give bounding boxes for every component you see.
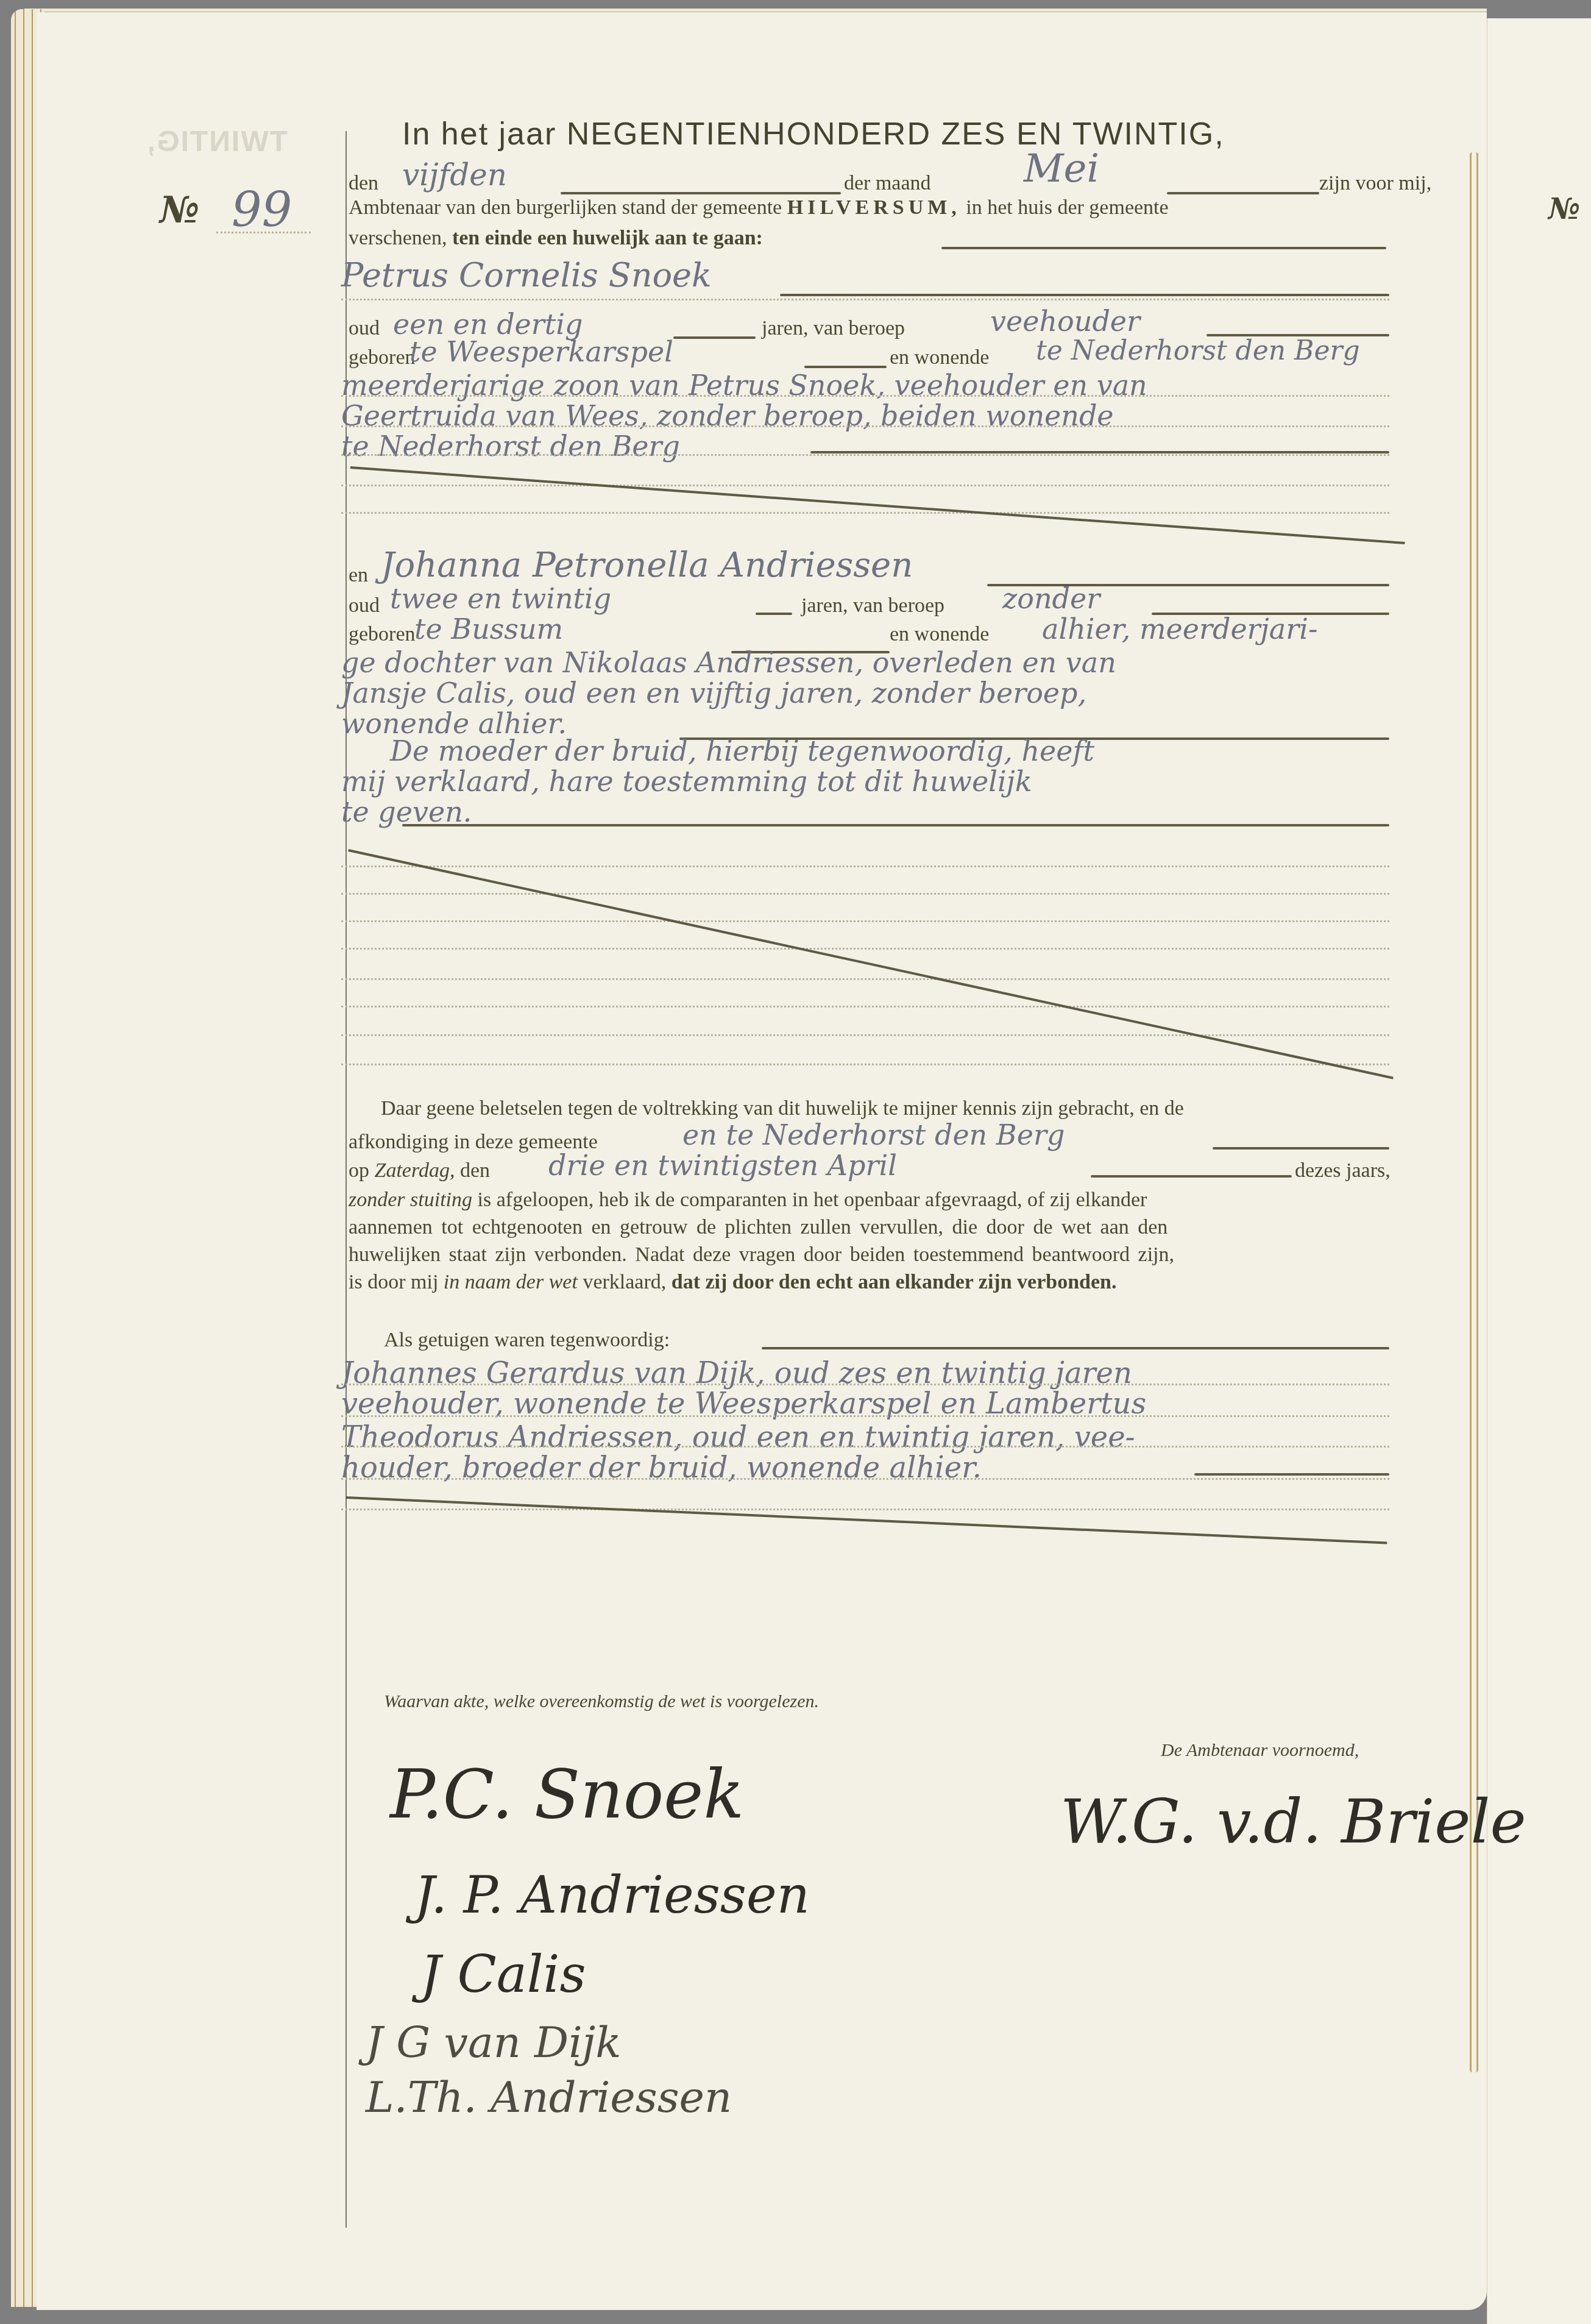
- bleed-through-text: TWINTIG,: [146, 125, 288, 158]
- intro-text: verschenen,: [349, 227, 447, 249]
- fill-line: [1213, 1147, 1389, 1150]
- dotted-rule: [341, 978, 1389, 980]
- proclamation-line-3: op Zaterdag, den: [349, 1159, 490, 1182]
- label-age: oud: [349, 317, 380, 340]
- groom-residence: te Nederhorst den Berg: [1036, 335, 1360, 366]
- groom-birthplace: te Weesperkarspel: [409, 335, 673, 368]
- fill-line: [810, 451, 1389, 453]
- label-before-me: zijn voor mij,: [1319, 172, 1431, 195]
- proclamation-text: is afgeloopen, heb ik de comparanten in …: [478, 1189, 1147, 1211]
- signature-bride: J. P. Andriessen: [414, 1865, 810, 1925]
- label-occupation: jaren, van beroep: [801, 594, 944, 617]
- page-title: In het jaar NEGENTIENHONDERD ZES EN TWIN…: [402, 116, 1225, 152]
- signature-mother: J Calis: [420, 1944, 586, 2004]
- bride-age: twee en twintig: [390, 582, 611, 615]
- bride-occupation: zonder: [1002, 582, 1100, 615]
- fill-line: [673, 336, 756, 339]
- proclamation-text: verklaard,: [583, 1271, 666, 1293]
- proclamation-line-6: huwelijken staat zijn verbonden. Nadat d…: [349, 1243, 1174, 1267]
- groom-occupation: veehouder: [990, 305, 1140, 338]
- dotted-rule: [341, 454, 1389, 456]
- proclamation-bold: dat zij door den echt aan elkander zijn …: [671, 1271, 1117, 1293]
- dotted-rule: [341, 425, 1389, 427]
- label-born: geboren: [349, 623, 416, 646]
- fill-line: [780, 294, 1389, 296]
- witness-line-3: Theodorus Andriessen, oud een en twintig…: [341, 1420, 1135, 1454]
- dotted-rule: [341, 1446, 1389, 1448]
- proclamation-text: op: [349, 1159, 369, 1182]
- dotted-rule: [341, 1478, 1389, 1480]
- dotted-rule: [341, 893, 1389, 895]
- fill-line: [402, 824, 1389, 826]
- day-value: vijfden: [402, 157, 507, 193]
- fill-line: [941, 247, 1386, 249]
- dotted-rule: [341, 948, 1389, 950]
- label-residence: en wonende: [890, 346, 989, 369]
- signature-official: W.G. v.d. Briele: [1060, 1786, 1526, 1857]
- intro-line-2: Ambtenaar van den burgerlijken stand der…: [349, 196, 1169, 219]
- dotted-rule: [341, 1384, 1389, 1385]
- signature-groom: P.C. Snoek: [390, 1755, 744, 1833]
- fill-line: [804, 366, 887, 368]
- signature-witness-2: L.Th. Andriessen: [366, 2072, 732, 2122]
- label-this-year: dezes jaars,: [1295, 1159, 1391, 1182]
- label-age: oud: [349, 594, 380, 617]
- record-number-sign: №: [160, 189, 199, 232]
- dotted-rule: [341, 1006, 1389, 1007]
- proclamation-line-4: zonder stuiting is afgeloopen, heb ik de…: [349, 1189, 1147, 1212]
- dotted-rule: [341, 485, 1389, 486]
- dotted-rule: [341, 1415, 1389, 1417]
- dotted-rule: [341, 920, 1389, 922]
- fill-line: [1194, 1473, 1389, 1476]
- intro-text: Ambtenaar van den burgerlijken stand der…: [349, 196, 782, 219]
- month-value: Mei: [1024, 146, 1099, 191]
- dotted-rule: [341, 1034, 1389, 1036]
- bride-detail-4: De moeder der bruid, hierbij tegenwoordi…: [390, 734, 1094, 767]
- municipality: HILVERSUM,: [787, 196, 961, 219]
- bride-detail-1: ge dochter van Nikolaas Andriessen, over…: [341, 646, 1116, 679]
- proclamation-italic: zonder stuiting: [349, 1189, 472, 1211]
- label-month: der maand: [844, 172, 931, 195]
- bride-detail-5: mij verklaard, hare toestemming tot dit …: [341, 765, 1032, 798]
- intro-bold-text: ten einde een huwelijk aan te gaan:: [452, 227, 763, 249]
- record-number: 99: [232, 183, 292, 238]
- fill-line: [756, 613, 792, 615]
- proclamation-text: den: [460, 1159, 490, 1182]
- groom-name: Petrus Cornelis Snoek: [341, 256, 712, 294]
- facing-record-number-sign: №: [1548, 192, 1580, 226]
- label-and: en: [349, 564, 368, 587]
- bride-detail-6: te geven.: [341, 795, 472, 828]
- fill-line: [762, 1347, 1389, 1349]
- proclamation-line-5: aannemen tot echtgenooten en getrouw de …: [349, 1216, 1168, 1239]
- closing-text: Waarvan akte, welke overeenkomstig de we…: [384, 1691, 819, 1712]
- proclamation-date: drie en twintigsten April: [548, 1149, 897, 1182]
- dotted-rule: [341, 1508, 1389, 1510]
- intro-text: in het huis der gemeente: [966, 196, 1168, 219]
- bride-birthplace: te Bussum: [414, 613, 563, 645]
- label-born: geboren: [349, 346, 416, 369]
- proclamation-place: en te Nederhorst den Berg: [682, 1118, 1065, 1151]
- fill-line: [561, 192, 841, 194]
- dotted-rule: [341, 512, 1389, 514]
- proclamation-day: Zaterdag,: [375, 1159, 455, 1182]
- groom-detail-3: te Nederhorst den Berg: [341, 430, 680, 463]
- bride-name: Johanna Petronella Andriessen: [381, 545, 913, 585]
- proclamation-text: is door mij: [349, 1271, 438, 1293]
- fill-line: [1167, 192, 1319, 194]
- signature-witness-1: J G van Dijk: [366, 2017, 622, 2067]
- dotted-rule: [341, 865, 1389, 867]
- dotted-rule: [341, 299, 1389, 300]
- proclamation-line-1: Daar geene beletselen tegen de voltrekki…: [381, 1097, 1184, 1120]
- proclamation-italic: in naam der wet: [444, 1271, 578, 1293]
- official-label: De Ambtenaar voornoemd,: [1161, 1740, 1359, 1761]
- facing-page: №: [1487, 18, 1591, 2324]
- dotted-rule: [341, 395, 1389, 397]
- fill-line: [1091, 1175, 1292, 1178]
- intro-line-3: verschenen, ten einde een huwelijk aan t…: [349, 227, 763, 250]
- label-den: den: [349, 172, 378, 195]
- witnesses-label: Als getuigen waren tegenwoordig:: [384, 1329, 670, 1352]
- dotted-rule: [341, 1064, 1389, 1065]
- label-occupation: jaren, van beroep: [762, 317, 905, 340]
- bride-detail-2: Jansje Calis, oud een en vijftig jaren, …: [341, 677, 1086, 709]
- proclamation-line-7: is door mij in naam der wet verklaard, d…: [349, 1271, 1116, 1294]
- bride-residence: alhier, meerderjari-: [1042, 613, 1318, 645]
- label-residence: en wonende: [890, 623, 989, 646]
- book-spine-thread: [1470, 152, 1478, 2072]
